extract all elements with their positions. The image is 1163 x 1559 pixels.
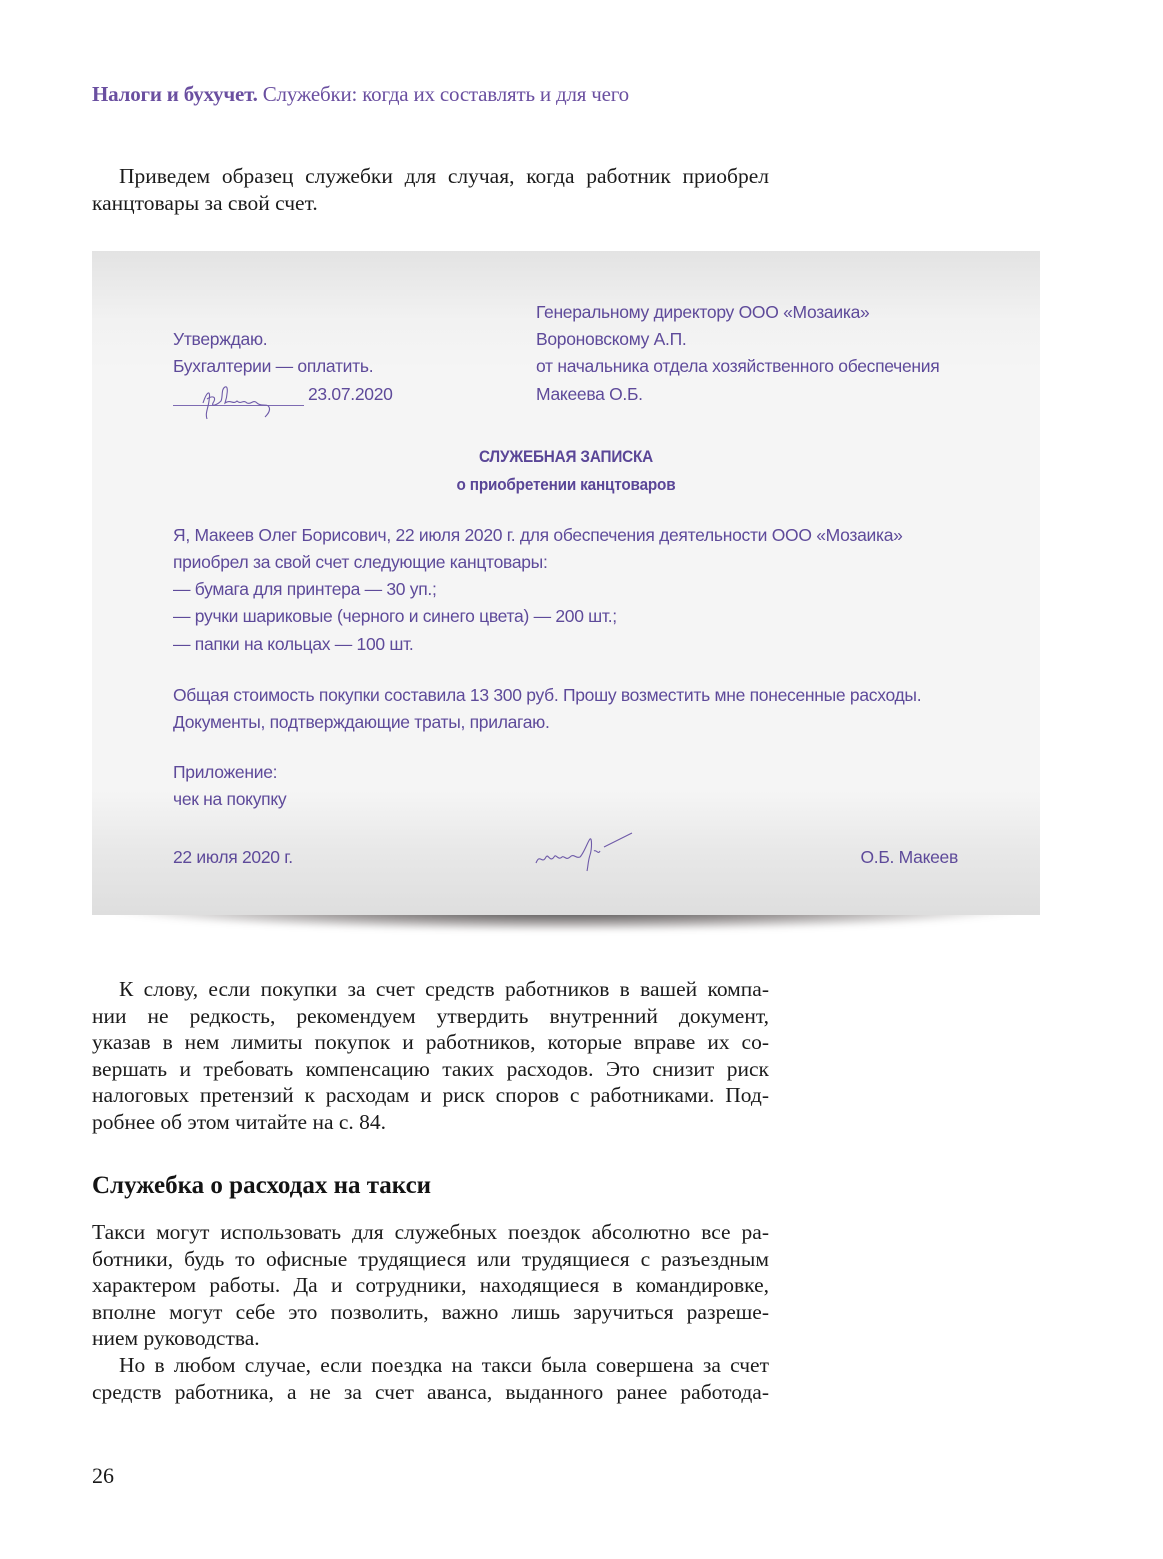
approval-line-2: Бухгалтерии — оплатить. [173,353,373,380]
addressee-line-1: Генеральному директору ООО «Мозаика» [536,299,869,326]
memo-list-item: — бумага для принтера — 30 уп.; [173,576,437,603]
text-line: Но в любом случае, если поездка на такси… [92,1352,769,1379]
approval-line-1: Утверждаю. [173,326,267,353]
running-head-section: Налоги и бухучет. [92,82,258,106]
paragraph-taxi: Такси могут использовать для служебных п… [92,1219,769,1352]
approval-signature-icon [197,383,275,423]
text-line: вершать и требовать компенсацию таких ра… [92,1056,769,1083]
text-line: К слову, если покупки за счет средств ра… [92,976,769,1003]
paragraph-taxi-expense: Но в любом случае, если поездка на такси… [92,1352,769,1405]
memo-attachment-item: чек на покупку [173,786,286,813]
memo-body-line: приобрел за свой счет следующие канцтова… [173,549,548,576]
text-line: нием руководства. [92,1325,769,1352]
memo-footer-name: О.Б. Макеев [860,844,958,871]
addressee-line-4: Макеева О.Б. [536,381,643,408]
text-line: Такси могут использовать для служебных п… [92,1219,769,1246]
text-line: Приведем образец служебки для случая, ко… [92,163,769,190]
text-line: вполне могут себе это позволить, важно л… [92,1299,769,1326]
text-line: канцтовары за свой счет. [92,190,769,217]
addressee-line-3: от начальника отдела хозяйственного обес… [536,353,939,380]
memo-body-line: Я, Макеев Олег Борисович, 22 июля 2020 г… [173,522,903,549]
section-heading: Служебка о расходах на такси [92,1172,431,1200]
memo-subtitle: о приобретении канцтоваров [139,475,992,495]
memo-footer-date: 22 июля 2020 г. [173,844,293,871]
text-line: робнее об этом читайте на с. 84. [92,1109,769,1136]
paragraph-limits: К слову, если покупки за счет средств ра… [92,976,769,1136]
memo-sheet: Утверждаю. Бухгалтерии — оплатить. 23.07… [92,251,1040,915]
memo-title: СЛУЖЕБНАЯ ЗАПИСКА [139,447,992,467]
approval-date: 23.07.2020 [308,381,393,408]
text-line: налоговых претензий к расходам и риск сп… [92,1082,769,1109]
text-line: указав в нем лимиты покупок и работников… [92,1029,769,1056]
running-head-title: Служебки: когда их составлять и для чего [263,82,629,106]
memo-total-line: Общая стоимость покупки составила 13 300… [173,682,921,709]
intro-paragraph: Приведем образец служебки для случая, ко… [92,163,769,216]
text-line: характером работы. Да и сотрудники, нахо… [92,1272,769,1299]
page-number: 26 [92,1463,114,1489]
text-line: средств работника, а не за счет аванса, … [92,1379,769,1406]
memo-total-line: Документы, подтверждающие траты, прилага… [173,709,550,736]
text-line: ботники, будь то офисные трудящиеся или … [92,1246,769,1273]
memo-sample: Утверждаю. Бухгалтерии — оплатить. 23.07… [92,251,1040,915]
addressee-line-2: Вороновскому А.П. [536,326,686,353]
author-signature-icon [534,831,634,873]
running-head: Налоги и бухучет. Служебки: когда их сос… [92,82,629,107]
memo-list-item: — папки на кольцах — 100 шт. [173,631,414,658]
memo-list-item: — ручки шариковые (черного и синего цвет… [173,603,617,630]
memo-attachment-label: Приложение: [173,759,277,786]
text-line: нии не редкость, рекомендуем утвердить в… [92,1003,769,1030]
book-page: Налоги и бухучет. Служебки: когда их сос… [0,0,1163,1559]
